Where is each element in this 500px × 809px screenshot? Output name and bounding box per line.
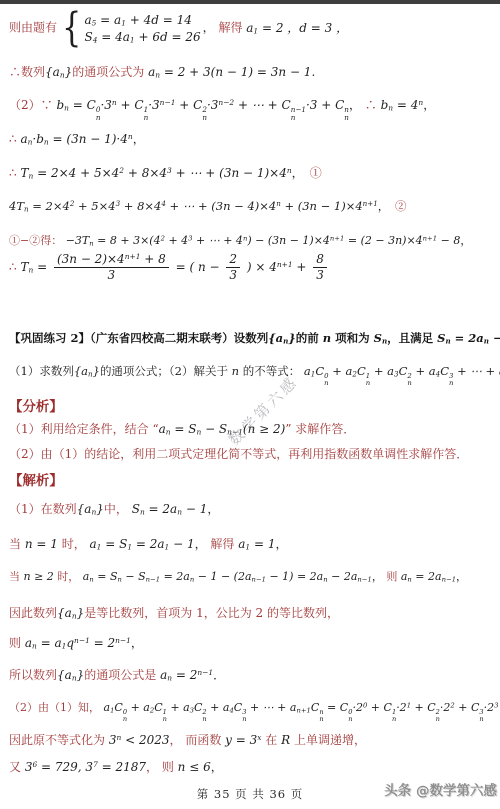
- text-segment: ，: [349, 98, 361, 112]
- text-segment: Sn: [374, 331, 388, 345]
- text-segment: ①−②得：: [9, 234, 66, 247]
- text-segment: ①: [298, 166, 322, 180]
- text-segment: Tn = 2×4 + 5×42 + 8×43 + ⋯ + (3n − 1)×4n: [20, 166, 291, 180]
- stacked-sub-sup: 1n: [144, 106, 149, 121]
- text-segment: ∴: [9, 260, 20, 274]
- document-body: 则由题有{a5 = a1 + 4d = 14S4 = 4a1 + 6d = 26…: [0, 0, 500, 809]
- text-segment: a1 = 2 ，d = 3 ，: [246, 21, 348, 35]
- text-segment: 【解析】: [9, 473, 63, 489]
- text-segment: 则: [383, 570, 401, 583]
- text-segment: （1）利用给定条件，结合 “: [9, 422, 159, 436]
- stacked-sub-sup: 1n: [366, 373, 370, 388]
- text-segment: 时，: [58, 537, 90, 551]
- text-segment: ， 则: [146, 760, 178, 774]
- text-segment: ，且满足: [387, 331, 437, 345]
- fraction: (3n − 2)×4n+1 + 83: [54, 252, 169, 283]
- line-problem-statement: 【巩固练习 2】（广东省四校高二期末联考）设数列{an}的前 n 项和为 Sn，…: [9, 330, 500, 346]
- heading-solution: 【解析】: [9, 470, 63, 489]
- text-segment: = ( n −: [172, 260, 224, 274]
- stacked-sub-sup: nn: [319, 709, 323, 723]
- text-segment: −3Tn = 8 + 3×(42 + 43 + ⋯ + 4n) − (3n − …: [66, 234, 461, 247]
- equation-system: {a5 = a1 + 4d = 14S4 = 4a1 + 6d = 26: [59, 8, 201, 48]
- text-segment: ，: [460, 234, 471, 247]
- text-segment: {an}: [74, 364, 100, 378]
- text-segment: 上单调递增，: [290, 733, 366, 747]
- text-segment: 的通项公式为: [72, 65, 148, 79]
- line-sol2-inequality: 因此原不等式化为 3n < 2023， 而函数 y = 3x 在 R 上单调递增…: [9, 731, 366, 748]
- text-segment: （2）由（1）知，: [9, 701, 104, 714]
- text-segment: n = 1: [25, 537, 58, 551]
- stacked-sub-sup: 0n: [324, 373, 328, 388]
- text-segment: ，: [423, 98, 435, 112]
- text-segment: ，: [211, 760, 223, 774]
- text-segment: an = a1qn−1 = 2n−1: [25, 636, 131, 650]
- text-segment: ∴: [9, 132, 20, 146]
- text-segment: ，: [456, 570, 467, 583]
- text-segment: bn = 4n: [381, 98, 424, 112]
- fraction-denominator: 3: [226, 268, 240, 283]
- stacked-sub-sup: 0n: [96, 106, 101, 121]
- text-segment: 4Tn = 2×42 + 5×43 + 8×44 + ⋯ + (3n − 4)×…: [9, 199, 378, 213]
- text-segment: ，: [195, 537, 207, 551]
- text-segment: a1C0n + a2C1n + a3C2n + a4C3n + ⋯ + an+1…: [104, 701, 500, 714]
- text-segment: ．: [213, 668, 225, 682]
- line-sol-n-equals-1: 当 n = 1 时， a1 = S1 = 2a1 − 1， 解得 a1 = 1，: [9, 535, 287, 552]
- text-segment: Tn =: [20, 260, 51, 274]
- line-sol-an-q: 则 an = a1qn−1 = 2n−1，: [9, 634, 143, 651]
- fraction-denominator: 3: [313, 268, 327, 283]
- text-segment: ，: [203, 21, 215, 35]
- stacked-sub-sup: 3n: [242, 709, 246, 723]
- text-segment: n: [232, 364, 239, 378]
- text-segment: 时，: [54, 570, 83, 583]
- stacked-sub-sup: 3n: [449, 373, 453, 388]
- text-segment: ，: [133, 132, 145, 146]
- stacked-sub-sup: 2n: [202, 709, 206, 723]
- system-row: a5 = a1 + 4d = 14: [84, 13, 200, 27]
- text-segment: ∴数列: [9, 65, 45, 79]
- text-segment: an = 2an−1: [401, 570, 456, 583]
- text-segment: R: [281, 733, 290, 747]
- text-segment: 则: [9, 636, 25, 650]
- text-segment: 解得: [207, 537, 239, 551]
- text-segment: 的前: [296, 331, 323, 345]
- text-segment: an = Sn − Sn−1 = 2an − 1 − (2an−1 − 1) =…: [83, 570, 372, 583]
- stacked-sub-sup: 0n: [348, 709, 352, 723]
- text-segment: n ≤ 6: [178, 760, 211, 774]
- text-segment: 是等比数列，首项为 1，公比为 2 的等比数列，: [84, 606, 339, 620]
- text-segment: an = Sn − Sn−1(n ≥ 2): [159, 422, 286, 436]
- system-brace: {: [62, 8, 81, 48]
- text-segment: （2）∵: [9, 98, 56, 112]
- stacked-sub-sup: 2n: [436, 709, 440, 723]
- stacked-sub-sup: 3n: [479, 709, 483, 723]
- text-segment: 【巩固练习 2】（广东省四校高二期末联考）设数列: [9, 331, 268, 345]
- text-segment: （1）求数列: [9, 364, 74, 378]
- line-analysis-1: （1）利用给定条件，结合 “an = Sn − Sn−1(n ≥ 2)” 求解作…: [9, 420, 355, 437]
- text-segment: ，: [207, 502, 219, 516]
- text-segment: {an}: [268, 331, 295, 345]
- line-subtract: ①−②得： −3Tn = 8 + 3×(42 + 43 + ⋯ + 4n) − …: [9, 232, 471, 248]
- line-questions: （1）求数列{an}的通项公式；（2）解关于 n 的不等式： a1C0n + a…: [9, 363, 500, 388]
- text-segment: 项和为: [331, 331, 374, 345]
- text-segment: an·bn = (3n − 1)·4n: [20, 132, 132, 146]
- text-segment: ，: [131, 636, 143, 650]
- line-system-solve: 则由题有{a5 = a1 + 4d = 14S4 = 4a1 + 6d = 26…: [9, 8, 348, 48]
- text-segment: ∴: [9, 166, 20, 180]
- text-segment: bn = C0n·3n + C1n·3n−1 + C2n·3n−2 + ⋯ + …: [56, 98, 348, 112]
- line-bn-expansion: （2）∵ bn = C0n·3n + C1n·3n−1 + C2n·3n−2 +…: [9, 96, 435, 121]
- text-segment: 在: [261, 733, 281, 747]
- text-segment: （1）在数列: [9, 502, 77, 516]
- fraction: 23: [226, 252, 240, 283]
- text-segment: 【分析】: [9, 399, 63, 415]
- line-sol-setup: （1）在数列{an}中， Sn = 2an − 1，: [9, 500, 219, 517]
- text-segment: ，: [372, 570, 383, 583]
- system-row: S4 = 4a1 + 6d = 26: [84, 30, 200, 44]
- text-segment: 所以数列: [9, 668, 57, 682]
- text-segment: 解得: [215, 21, 247, 35]
- line-sol-an-final: 所以数列{an}的通项公式是 an = 2n−1．: [9, 666, 225, 683]
- stacked-sub-sup: 2n: [202, 106, 207, 121]
- text-segment: 则由题有: [9, 21, 57, 35]
- text-segment: an = 2n−1: [160, 668, 213, 682]
- line-sol-n-geq-2: 当 n ≥ 2 时， an = Sn − Sn−1 = 2an − 1 − (2…: [9, 568, 467, 584]
- stacked-sub-sup: n−1n: [291, 106, 306, 121]
- system-rows: a5 = a1 + 4d = 14S4 = 4a1 + 6d = 26: [84, 13, 200, 44]
- text-segment: ，: [275, 537, 287, 551]
- text-segment: 中，: [104, 502, 132, 516]
- text-segment: {an}: [57, 668, 84, 682]
- text-segment: a1C0n + a2C1n + a3C2n + a4C3n + ⋯ + an+1…: [304, 364, 500, 378]
- line-general-formula: ∴数列{an}的通项公式为 an = 2 + 3(n − 1) = 3n − 1…: [9, 63, 315, 80]
- fraction-numerator: 8: [313, 252, 327, 268]
- stacked-sub-sup: 1n: [392, 709, 396, 723]
- text-segment: ， 而函数: [170, 733, 226, 747]
- text-segment: 36 = 729, 37 = 2187: [25, 760, 146, 774]
- brand-watermark: 头条 @数学第六感: [384, 779, 497, 799]
- fraction: 83: [313, 252, 327, 283]
- text-segment: 因此原不等式化为: [9, 733, 109, 747]
- text-segment: n ≥ 2: [24, 570, 54, 583]
- text-segment: 因此数列: [9, 606, 57, 620]
- text-segment: {an}: [45, 65, 72, 79]
- line-anbn: ∴ an·bn = (3n − 1)·4n，: [9, 130, 145, 147]
- line-sol2-expansion: （2）由（1）知， a1C0n + a2C1n + a3C2n + a4C3n …: [9, 699, 500, 723]
- text-segment: n: [323, 331, 331, 345]
- line-sol-geometric: 因此数列{an}是等比数列，首项为 1，公比为 2 的等比数列，: [9, 604, 339, 621]
- text-segment: ∴: [361, 98, 381, 112]
- text-segment: an = 2 + 3(n − 1) = 3n − 1.: [148, 65, 315, 79]
- line-tn-result: ∴ Tn = (3n − 2)×4n+1 + 83 = ( n − 23 ) ×…: [9, 252, 330, 283]
- text-segment: {an}: [77, 502, 104, 516]
- text-segment: 当: [9, 570, 24, 583]
- text-segment: {an}: [57, 606, 84, 620]
- stacked-sub-sup: 0n: [123, 709, 127, 723]
- text-segment: ” 求解作答．: [285, 422, 355, 436]
- text-segment: Sn = 2an − 1: [132, 502, 208, 516]
- text-segment: 当: [9, 537, 25, 551]
- text-segment: 的通项公式；（2）解关于: [100, 364, 232, 378]
- text-segment: 的通项公式是: [84, 668, 160, 682]
- text-segment: 又: [9, 760, 25, 774]
- text-segment: Sn = 2an − 1 (n ∈ N*): [437, 331, 500, 345]
- line-sol2-conclusion: 又 36 = 729, 37 = 2187， 则 n ≤ 6，: [9, 758, 223, 775]
- text-segment: 3n < 2023: [109, 733, 170, 747]
- text-segment: a1 = S1 = 2a1 − 1: [90, 537, 195, 551]
- fraction-numerator: 2: [226, 252, 240, 268]
- text-segment: a1 = 1: [238, 537, 275, 551]
- heading-analysis: 【分析】: [9, 396, 63, 415]
- text-segment: ②: [384, 199, 407, 213]
- stacked-sub-sup: 1n: [163, 709, 167, 723]
- stacked-sub-sup: 2n: [407, 373, 411, 388]
- text-segment: ) × 4n+1 +: [243, 260, 310, 274]
- line-4tn: 4Tn = 2×42 + 5×43 + 8×44 + ⋯ + (3n − 4)×…: [9, 198, 407, 214]
- line-tn: ∴ Tn = 2×4 + 5×42 + 8×43 + ⋯ + (3n − 1)×…: [9, 164, 322, 181]
- fraction-denominator: 3: [105, 268, 119, 283]
- fraction-numerator: (3n − 2)×4n+1 + 8: [54, 252, 169, 268]
- text-segment: y = 3x: [225, 733, 261, 747]
